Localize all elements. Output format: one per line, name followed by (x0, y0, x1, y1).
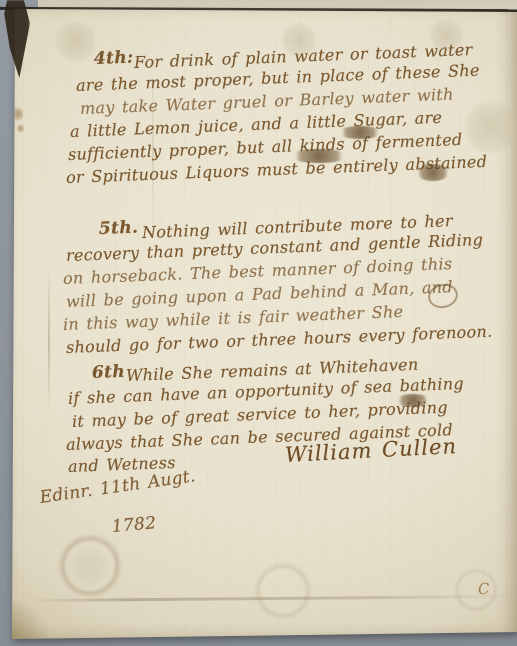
paragraph-4-marker: 4th: (94, 48, 134, 68)
shelf-mark: C (477, 580, 490, 599)
manuscript-scan: 4th: For drink of plain water or toast w… (0, 0, 517, 646)
paragraph-5-marker: 5th. (99, 219, 139, 239)
ink-blot (290, 149, 348, 163)
paragraph-6-marker: 6th (92, 363, 126, 383)
handwriting-layer: 4th: For drink of plain water or toast w… (0, 0, 517, 646)
ink-blot (416, 164, 450, 181)
ink-blot (396, 394, 430, 407)
ink-blot (338, 126, 382, 139)
dateline-year: 1782 (111, 514, 157, 536)
